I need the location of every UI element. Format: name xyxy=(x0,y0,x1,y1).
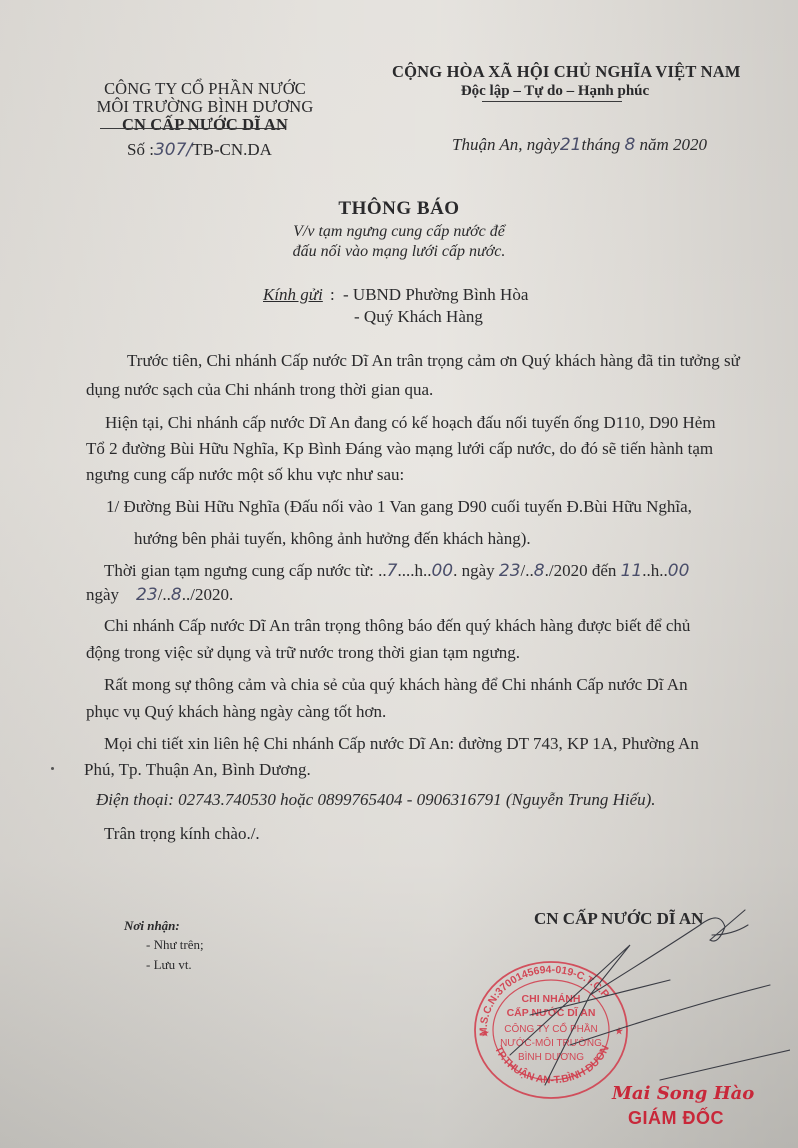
distribution-item: - Như trên; xyxy=(146,937,204,953)
national-motto: Độc lập – Tự do – Hạnh phúc xyxy=(392,83,718,100)
closing-greeting: Trân trọng kính chào./. xyxy=(104,822,260,845)
scanned-document-page: CÔNG TY CỔ PHẦN NƯỚC MÔI TRƯỜNG BÌNH DƯƠ… xyxy=(0,0,798,1148)
number-handwritten: 307/ xyxy=(154,140,192,160)
time-sep: ./2020 đến xyxy=(545,561,621,580)
end-minute: 00 xyxy=(668,561,690,581)
org-line-1: CÔNG TY CỔ PHẦN NƯỚC xyxy=(75,80,335,98)
date-place: Thuận An, ngày xyxy=(452,135,560,154)
time-sep: . ngày xyxy=(453,561,499,580)
org-line-2: MÔI TRƯỜNG BÌNH DƯƠNG xyxy=(75,98,335,116)
body-p5-line2: Phú, Tp. Thuận An, Bình Dương. xyxy=(84,758,311,781)
number-prefix: Số : xyxy=(127,140,154,159)
time-sep: ../2020. xyxy=(182,585,233,604)
distribution-label: Nơi nhận: xyxy=(124,918,180,934)
end-month: 8 xyxy=(171,585,182,605)
time-day-label: ngày xyxy=(86,585,119,604)
document-title: THÔNG BÁO xyxy=(0,198,798,220)
issuing-organization: CÔNG TY CỔ PHẦN NƯỚC MÔI TRƯỜNG BÌNH DƯƠ… xyxy=(75,80,335,134)
recipients-colon: : xyxy=(330,285,335,305)
recipient-item: - Quý Khách Hàng xyxy=(354,307,483,327)
time-sep: /.. xyxy=(158,585,171,604)
suspension-time-line2: ngày 23/..8../2020. xyxy=(86,583,233,607)
speck-mark xyxy=(51,767,54,770)
issue-date: Thuận An, ngày21tháng 8 năm 2020 xyxy=(452,135,707,155)
national-header: CỘNG HÒA XÃ HỘI CHỦ NGHĨA VIỆT NAM Độc l… xyxy=(392,62,718,100)
body-p1-line2: dụng nước sạch của Chi nhánh trong thời … xyxy=(86,378,433,401)
time-sep: /.. xyxy=(521,561,534,580)
subject-line-2: đấu nối vào mạng lưới cấp nước. xyxy=(0,242,798,262)
time-sep: ..h.. xyxy=(642,561,668,580)
time-prefix: Thời gian tạm ngưng cung cấp nước từ: .. xyxy=(104,561,387,580)
start-month: 8 xyxy=(534,561,545,581)
document-number: Số :307/TB-CN.DA xyxy=(127,140,272,160)
start-minute: 00 xyxy=(431,561,453,581)
org-branch: CN CẤP NƯỚC DĨ AN xyxy=(75,116,335,134)
end-hour: 11 xyxy=(621,561,643,581)
body-p3-line2: động trong việc sử dụng và trữ nước tron… xyxy=(86,641,520,664)
subject-line-1: V/v tạm ngưng cung cấp nước để xyxy=(0,222,798,242)
body-p2-line1: Hiện tại, Chi nhánh cấp nước Dĩ An đang … xyxy=(105,411,716,434)
suspension-time-line1: Thời gian tạm ngưng cung cấp nước từ: ..… xyxy=(104,559,689,583)
affected-area-line1: 1/ Đường Bùi Hữu Nghĩa (Đấu nối vào 1 Va… xyxy=(106,495,692,518)
body-p4-line2: phục vụ Quý khách hàng ngày càng tốt hơn… xyxy=(86,700,386,723)
recipient-item: - UBND Phường Bình Hòa xyxy=(343,285,528,305)
date-month-label: tháng xyxy=(581,135,620,154)
document-subject: V/v tạm ngưng cung cấp nước để đấu nối v… xyxy=(0,222,798,262)
body-p1-line1: Trước tiên, Chi nhánh Cấp nước Dĩ An trâ… xyxy=(127,349,740,372)
body-p2-line3: ngưng cung cấp nước một số khu vực như s… xyxy=(86,463,404,486)
org-divider xyxy=(100,128,284,129)
number-suffix: TB-CN.DA xyxy=(192,140,272,159)
distribution-item: - Lưu vt. xyxy=(146,957,192,973)
handwritten-signature-icon xyxy=(470,905,790,1095)
body-p5-line1: Mọi chi tiết xin liên hệ Chi nhánh Cấp n… xyxy=(104,732,699,755)
start-hour: 7 xyxy=(387,561,398,581)
end-day: 23 xyxy=(136,585,158,605)
start-day: 23 xyxy=(499,561,521,581)
nation-title: CỘNG HÒA XÃ HỘI CHỦ NGHĨA VIỆT NAM xyxy=(392,62,718,82)
body-p3-line1: Chi nhánh Cấp nước Dĩ An trân trọng thôn… xyxy=(104,614,690,637)
signer-name: Mai Song Hào xyxy=(612,1083,754,1104)
contact-phone: Điện thoại: 02743.740530 hoặc 0899765404… xyxy=(96,788,656,811)
signer-position: GIÁM ĐỐC xyxy=(628,1108,724,1129)
date-month: 8 xyxy=(624,135,635,155)
affected-area-line2: hướng bên phải tuyến, không ảnh hưởng đế… xyxy=(134,527,531,550)
motto-divider xyxy=(482,101,622,102)
body-p2-line2: Tổ 2 đường Bùi Hữu Nghĩa, Kp Bình Đáng v… xyxy=(86,437,713,460)
date-day: 21 xyxy=(560,135,582,155)
body-p4-line1: Rất mong sự thông cảm và chia sẻ của quý… xyxy=(104,673,688,696)
date-year: năm 2020 xyxy=(640,135,708,154)
recipients-label: Kính gửi xyxy=(263,285,323,305)
time-sep: ....h.. xyxy=(397,561,431,580)
